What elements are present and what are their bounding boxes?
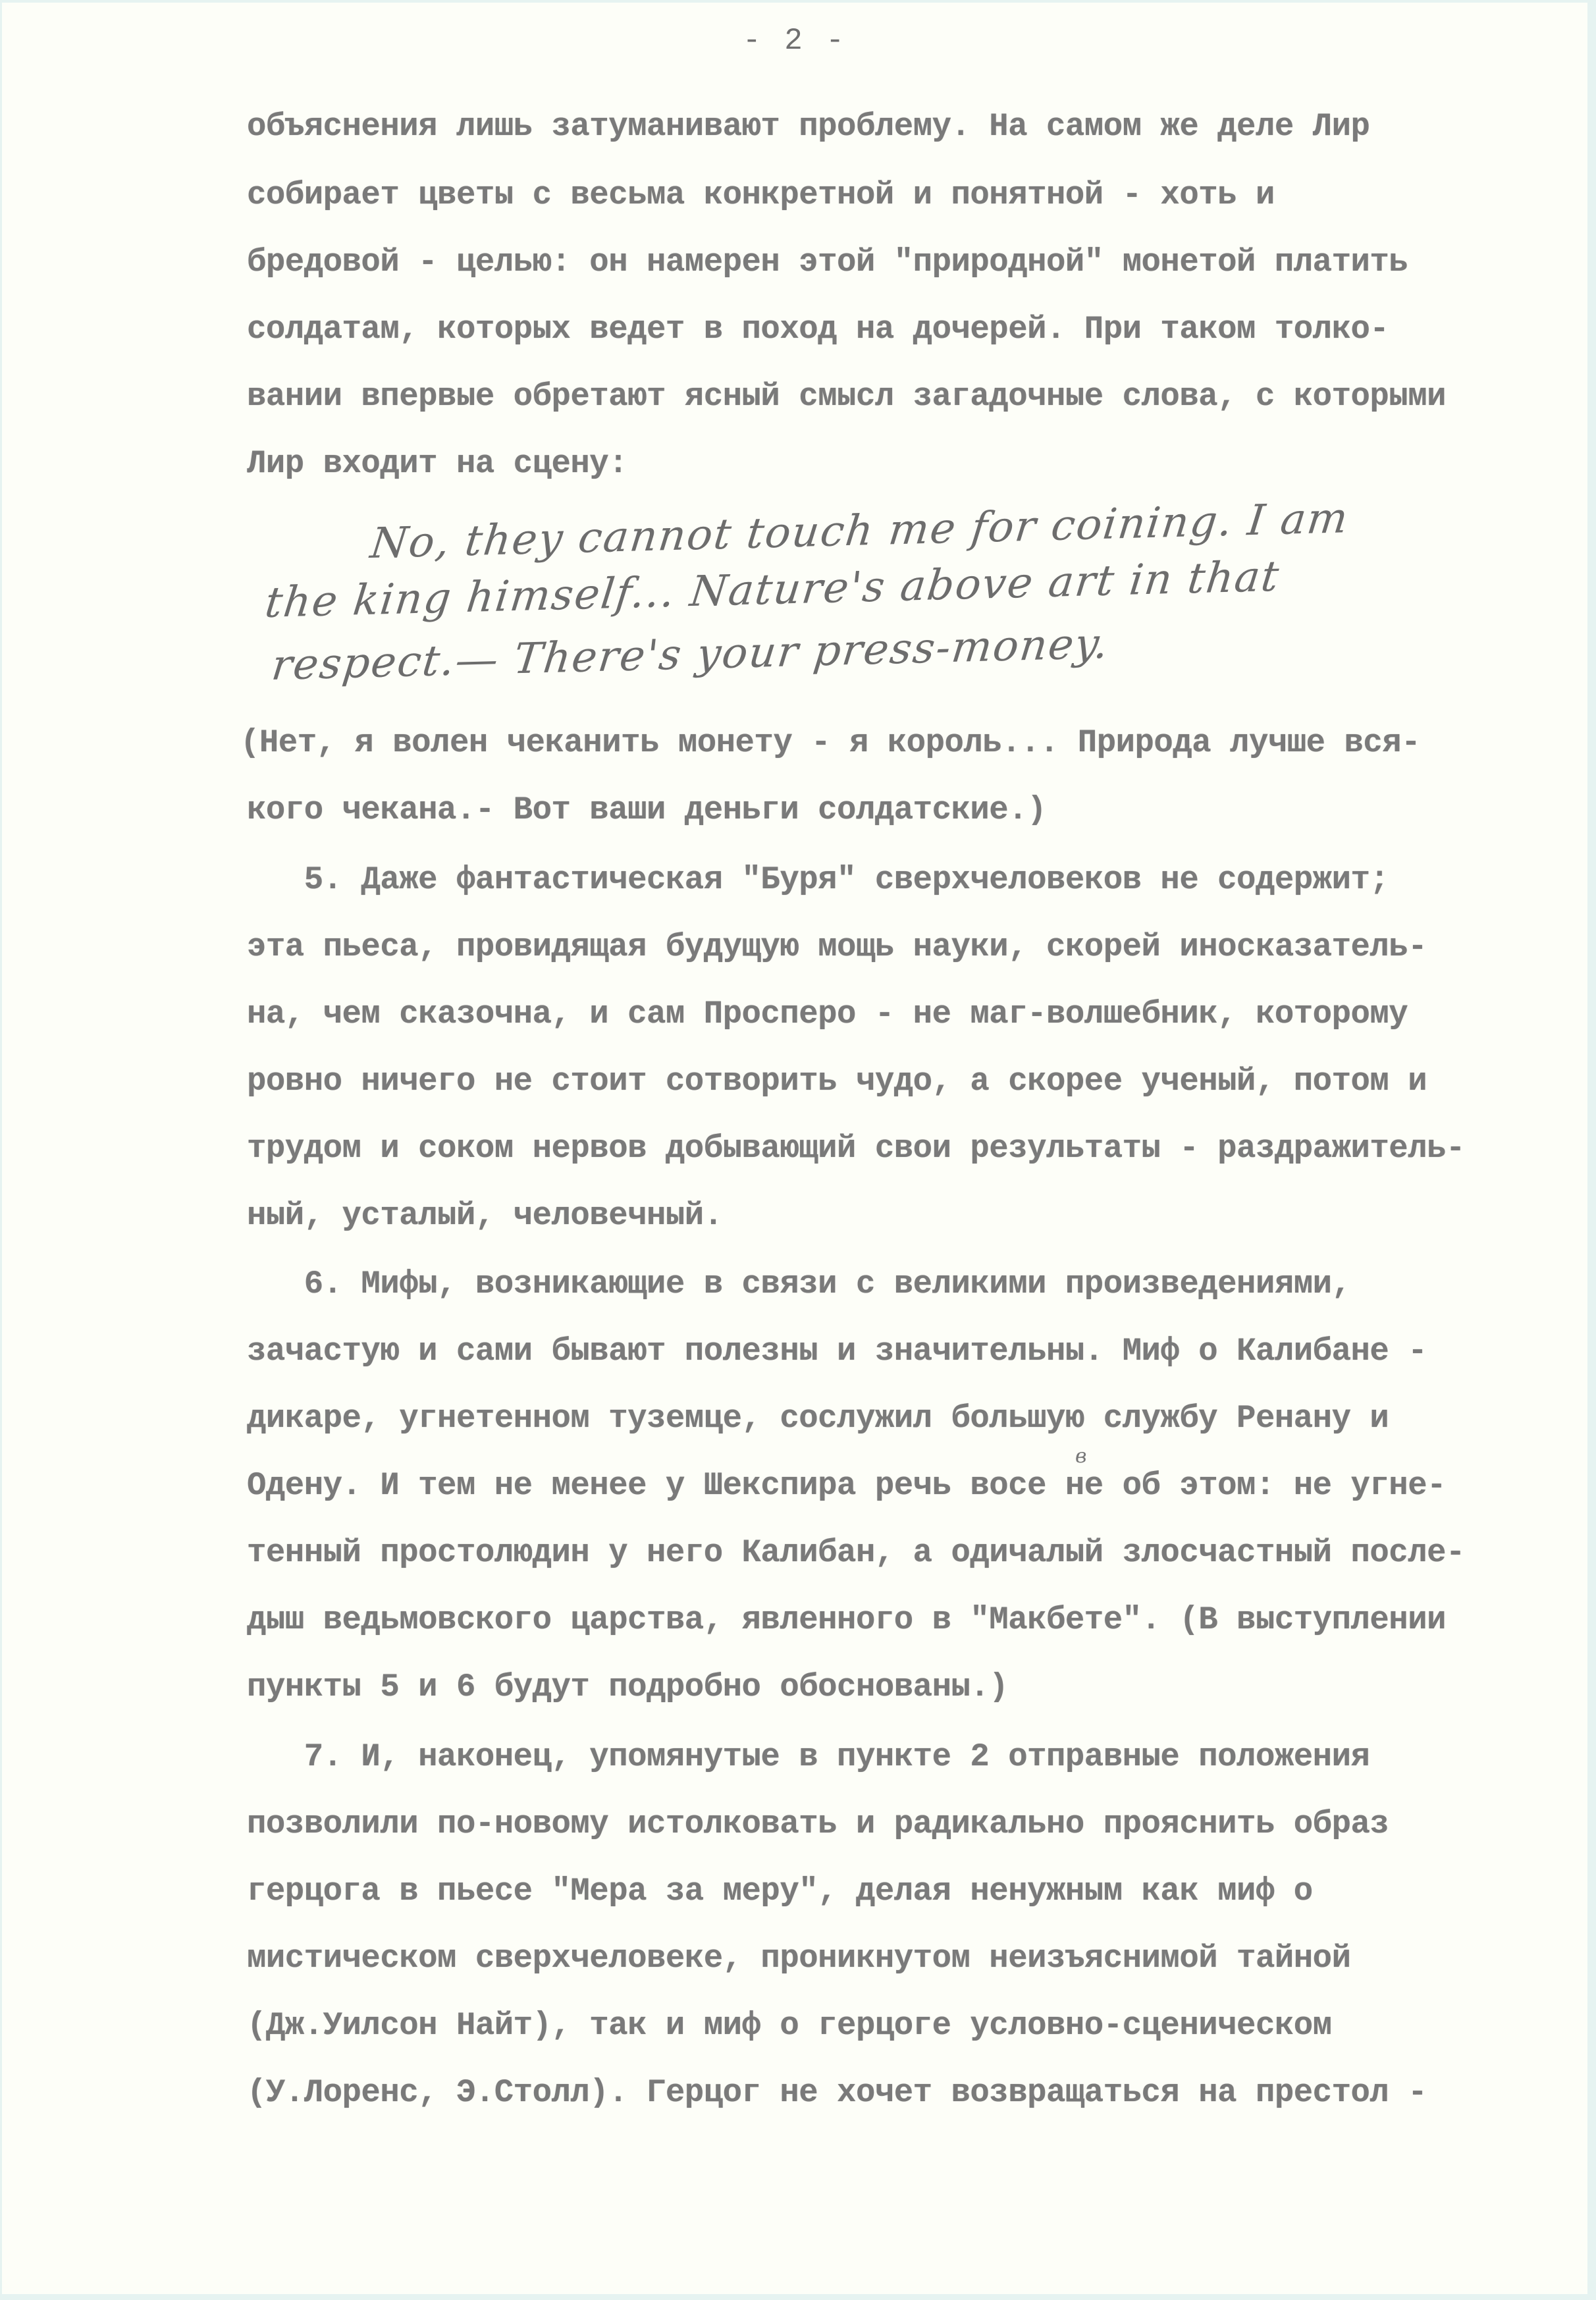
handwritten-correction: в	[1075, 1445, 1086, 1468]
paragraph-7-line: мистическом сверхчеловеке, проникнутом н…	[247, 1942, 1350, 1975]
text-line: объяснения лишь затуманивают проблему. Н…	[247, 111, 1370, 143]
translation-line: (Нет, я волен чеканить монету - я король…	[240, 727, 1420, 759]
paragraph-5-line: трудом и соком нервов добывающий свои ре…	[247, 1133, 1465, 1165]
text-line: Лир входит на сцену:	[247, 448, 627, 480]
paragraph-5-line: эта пьеса, провидящая будущую мощь науки…	[247, 931, 1427, 963]
paragraph-5-line: ный, усталый, человечный.	[247, 1200, 723, 1232]
paragraph-7-line: позволили по-новому истолковать и радика…	[247, 1808, 1389, 1840]
paragraph-6-line: пункты 5 и 6 будут подробно обоснованы.)	[247, 1671, 1008, 1703]
paragraph-6-line: зачастую и сами бывают полезны и значите…	[247, 1335, 1427, 1368]
paragraph-6-line: 6. Мифы, возникающие в связи с великими …	[247, 1268, 1350, 1300]
translation-line: кого чекана.- Вот ваши деньги солдатские…	[247, 794, 1046, 826]
text-line: бредовой - целью: он намерен этой "приро…	[247, 246, 1408, 279]
page-number: - 2 -	[2, 24, 1587, 58]
paragraph-7-line: герцога в пьесе "Мера за меру", делая не…	[247, 1875, 1313, 1908]
paragraph-6-line: тенный простолюдин у него Калибан, а оди…	[247, 1537, 1465, 1569]
paragraph-5-line: на, чем сказочна, и сам Просперо - не ма…	[247, 998, 1408, 1030]
paragraph-7-line: 7. И, наконец, упомянутые в пункте 2 отп…	[247, 1741, 1370, 1773]
paragraph-7-line: (Дж.Уилсон Найт), так и миф о герцоге ус…	[247, 2010, 1332, 2042]
paragraph-5-line: 5. Даже фантастическая "Буря" сверхчелов…	[247, 864, 1389, 896]
paragraph-5-line: ровно ничего не стоит сотворить чудо, а …	[247, 1065, 1427, 1098]
paragraph-6-line: дыш ведьмовского царства, явленного в "М…	[247, 1604, 1446, 1636]
document-page: - 2 - объяснения лишь затуманивают пробл…	[2, 3, 1587, 2294]
text-line: собирает цветы с весьма конкретной и пон…	[247, 179, 1275, 211]
handwritten-quote-line: respect.— There's your press-money.	[269, 623, 1111, 687]
text-line: солдатам, которых ведет в поход на дочер…	[247, 313, 1389, 346]
paragraph-6-line: Одену. И тем не менее у Шекспира речь во…	[247, 1470, 1446, 1502]
paragraph-7-line: (У.Лоренс, Э.Столл). Герцог не хочет воз…	[247, 2077, 1427, 2109]
text-line: вании впервые обретают ясный смысл загад…	[247, 381, 1446, 413]
paragraph-6-line: дикаре, угнетенном туземце, сослужил бол…	[247, 1403, 1389, 1435]
